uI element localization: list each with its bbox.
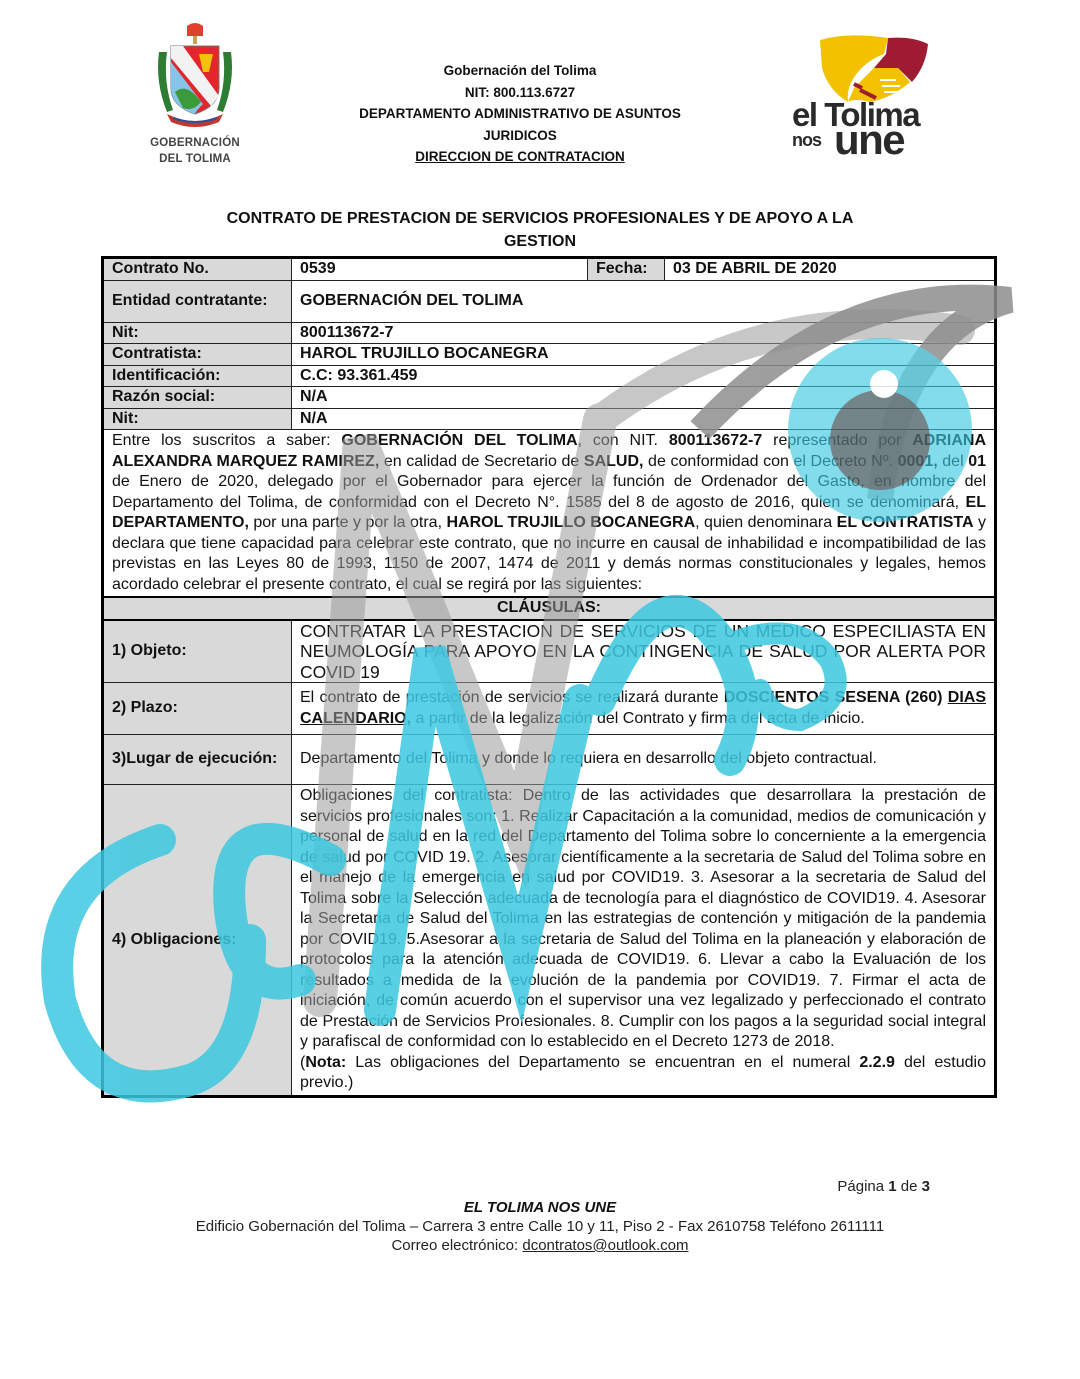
nit-value: 800113672-7: [292, 322, 996, 344]
document-title: CONTRATO DE PRESTACION DE SERVICIOS PROF…: [150, 207, 930, 253]
letterhead-text: Gobernación del Tolima NIT: 800.113.6727…: [310, 60, 730, 168]
page-number: Página 1 de 3: [837, 1178, 930, 1195]
contrato-no-label: Contrato No.: [103, 258, 292, 281]
email-link[interactable]: dcontratos@outlook.com: [522, 1237, 688, 1254]
objeto-value: CONTRATAR LA PRESTACION DE SERVICIOS DE …: [292, 620, 996, 683]
email-line: Correo electrónico: dcontratos@outlook.c…: [0, 1236, 1080, 1255]
lugar-label: 3)Lugar de ejecución:: [103, 735, 292, 785]
lugar-value: Departamento del Tolima y donde lo requi…: [292, 735, 996, 785]
table-row: Razón social: N/A: [103, 387, 996, 409]
el-tolima-nos-une-logo: el Tolima nos une: [788, 32, 953, 160]
plazo-label: 2) Plazo:: [103, 683, 292, 735]
table-row: Nit: 800113672-7: [103, 322, 996, 344]
table-row: Identificación: C.C: 93.361.459: [103, 365, 996, 387]
logo-caption-line2: DEL TOLIMA: [140, 152, 250, 166]
obligaciones-value: Obligaciones del contratista: Dentro de …: [292, 785, 996, 1097]
table-row: 1) Objeto: CONTRATAR LA PRESTACION DE SE…: [103, 620, 996, 683]
identificacion-label: Identificación:: [103, 365, 292, 387]
table-row: Contratista: HAROL TRUJILLO BOCANEGRA: [103, 344, 996, 366]
table-row: CLÁUSULAS:: [103, 597, 996, 620]
contract-table: Contrato No. 0539 Fecha: 03 DE ABRIL DE …: [101, 256, 997, 1098]
table-row: 2) Plazo: El contrato de prestación de s…: [103, 683, 996, 735]
org-direction: DIRECCION DE CONTRATACION: [310, 146, 730, 168]
logo-text-une: une: [834, 120, 904, 160]
objeto-label: 1) Objeto:: [103, 620, 292, 683]
table-row: Entre los suscritos a saber: GOBERNACIÓN…: [103, 430, 996, 598]
contratista-value: HAROL TRUJILLO BOCANEGRA: [292, 344, 996, 366]
org-nit: NIT: 800.113.6727: [310, 82, 730, 104]
logo-caption-line1: GOBERNACIÓN: [140, 136, 250, 150]
nit2-label: Nit:: [103, 408, 292, 430]
nit-label: Nit:: [103, 322, 292, 344]
table-row: 4) Obligaciones: Obligaciones del contra…: [103, 785, 996, 1097]
footer-address: Edificio Gobernación del Tolima – Carrer…: [0, 1217, 1080, 1255]
fecha-label: Fecha:: [588, 258, 665, 281]
table-row: Nit: N/A: [103, 408, 996, 430]
table-row: 3)Lugar de ejecución: Departamento del T…: [103, 735, 996, 785]
coat-of-arms-icon: [153, 22, 237, 134]
contrato-no-value: 0539: [292, 258, 588, 281]
identificacion-value: C.C: 93.361.459: [292, 365, 996, 387]
razon-social-label: Razón social:: [103, 387, 292, 409]
entidad-label: Entidad contratante:: [103, 280, 292, 322]
footer-slogan: EL TOLIMA NOS UNE: [0, 1199, 1080, 1216]
table-row: Entidad contratante: GOBERNACIÓN DEL TOL…: [103, 280, 996, 322]
obligaciones-label: 4) Obligaciones:: [103, 785, 292, 1097]
gobernacion-tolima-logo: GOBERNACIÓN DEL TOLIMA: [140, 22, 250, 172]
nit2-value: N/A: [292, 408, 996, 430]
address-line: Edificio Gobernación del Tolima – Carrer…: [0, 1217, 1080, 1236]
logo-text-nos: nos: [792, 130, 821, 151]
fecha-value: 03 DE ABRIL DE 2020: [665, 258, 996, 281]
org-department-cont: JURIDICOS: [310, 125, 730, 147]
clauses-heading: CLÁUSULAS:: [103, 597, 996, 620]
preamble-paragraph: Entre los suscritos a saber: GOBERNACIÓN…: [103, 430, 996, 598]
entidad-value: GOBERNACIÓN DEL TOLIMA: [292, 280, 996, 322]
org-department: DEPARTAMENTO ADMINISTRATIVO DE ASUNTOS: [310, 103, 730, 125]
handshake-shield-icon: [788, 32, 953, 104]
contratista-label: Contratista:: [103, 344, 292, 366]
org-name: Gobernación del Tolima: [310, 60, 730, 82]
letterhead: GOBERNACIÓN DEL TOLIMA Gobernación del T…: [0, 0, 1080, 190]
plazo-value: El contrato de prestación de servicios s…: [292, 683, 996, 735]
razon-social-value: N/A: [292, 387, 996, 409]
table-row: Contrato No. 0539 Fecha: 03 DE ABRIL DE …: [103, 258, 996, 281]
